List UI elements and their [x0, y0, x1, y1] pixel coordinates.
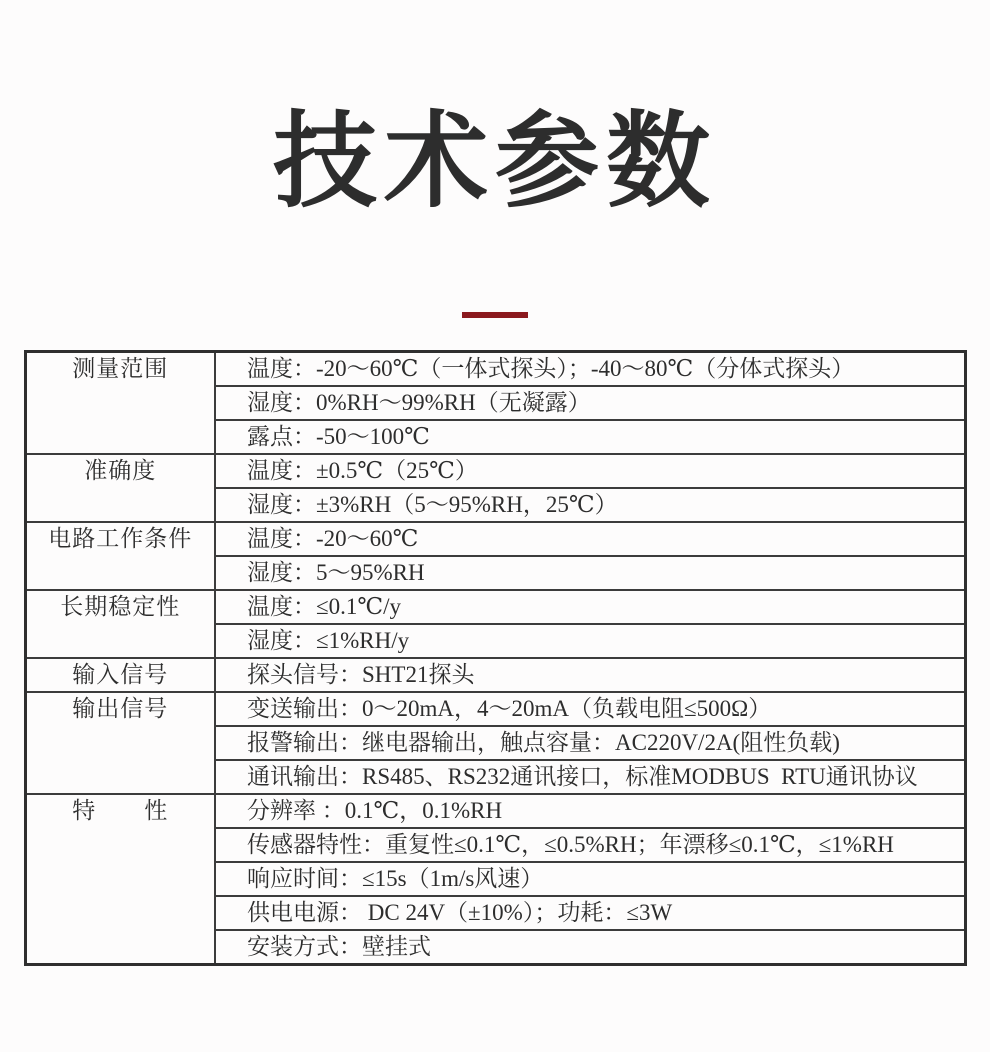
- table-row: 特 性分辨率 ：0.1℃，0.1%RH: [25, 794, 965, 828]
- row-group-label: 电路工作条件: [25, 522, 215, 590]
- table-row: 长期稳定性温度：≤0.1℃/y: [25, 590, 965, 624]
- spec-value: 响应时间：≤15s（1m/s风速）: [215, 862, 965, 896]
- table-row: 输出信号变送输出：0～20mA，4～20mA（负载电阻≤500Ω）: [25, 692, 965, 726]
- row-group-label: 输入信号: [25, 658, 215, 692]
- table-row: 电路工作条件温度：-20～60℃: [25, 522, 965, 556]
- spec-value: 分辨率 ：0.1℃，0.1%RH: [215, 794, 965, 828]
- spec-value: 安装方式：壁挂式: [215, 930, 965, 965]
- technical-parameters-page: 技术参数 测量范围温度：-20～60℃（一体式探头）；-40～80℃（分体式探头…: [0, 0, 990, 1052]
- spec-value: 湿度：≤1%RH/y: [215, 624, 965, 658]
- spec-value: 湿度：±3%RH（5～95%RH，25℃）: [215, 488, 965, 522]
- table-row: 输入信号探头信号：SHT21探头: [25, 658, 965, 692]
- spec-value: 传感器特性：重复性≤0.1℃，≤0.5%RH；年漂移≤0.1℃，≤1%RH: [215, 828, 965, 862]
- spec-value: 湿度：5～95%RH: [215, 556, 965, 590]
- spec-value: 湿度：0%RH～99%RH（无凝露）: [215, 386, 965, 420]
- spec-value: 探头信号：SHT21探头: [215, 658, 965, 692]
- page-title: 技术参数: [0, 0, 990, 232]
- table-row: 测量范围温度：-20～60℃（一体式探头）；-40～80℃（分体式探头）: [25, 352, 965, 387]
- spec-value: 温度：±0.5℃（25℃）: [215, 454, 965, 488]
- spec-value: 通讯输出：RS485、RS232通讯接口，标准MODBUS RTU通讯协议: [215, 760, 965, 794]
- spec-value: 温度：-20～60℃: [215, 522, 965, 556]
- row-group-label: 准确度: [25, 454, 215, 522]
- spec-value: 温度：-20～60℃（一体式探头）；-40～80℃（分体式探头）: [215, 352, 965, 387]
- table-row: 准确度温度：±0.5℃（25℃）: [25, 454, 965, 488]
- spec-value: 露点：-50～100℃: [215, 420, 965, 454]
- row-group-label: 长期稳定性: [25, 590, 215, 658]
- spec-value: 供电电源： DC 24V（±10%）；功耗：≤3W: [215, 896, 965, 930]
- row-group-label: 测量范围: [25, 352, 215, 455]
- spec-value: 变送输出：0～20mA，4～20mA（负载电阻≤500Ω）: [215, 692, 965, 726]
- row-group-label: 输出信号: [25, 692, 215, 794]
- spec-value: 报警输出：继电器输出，触点容量：AC220V/2A(阻性负载): [215, 726, 965, 760]
- spec-table: 测量范围温度：-20～60℃（一体式探头）；-40～80℃（分体式探头）湿度：0…: [24, 350, 967, 966]
- spec-value: 温度：≤0.1℃/y: [215, 590, 965, 624]
- title-accent-divider: [462, 312, 528, 318]
- row-group-label: 特 性: [25, 794, 215, 965]
- spec-table-body: 测量范围温度：-20～60℃（一体式探头）；-40～80℃（分体式探头）湿度：0…: [25, 352, 965, 965]
